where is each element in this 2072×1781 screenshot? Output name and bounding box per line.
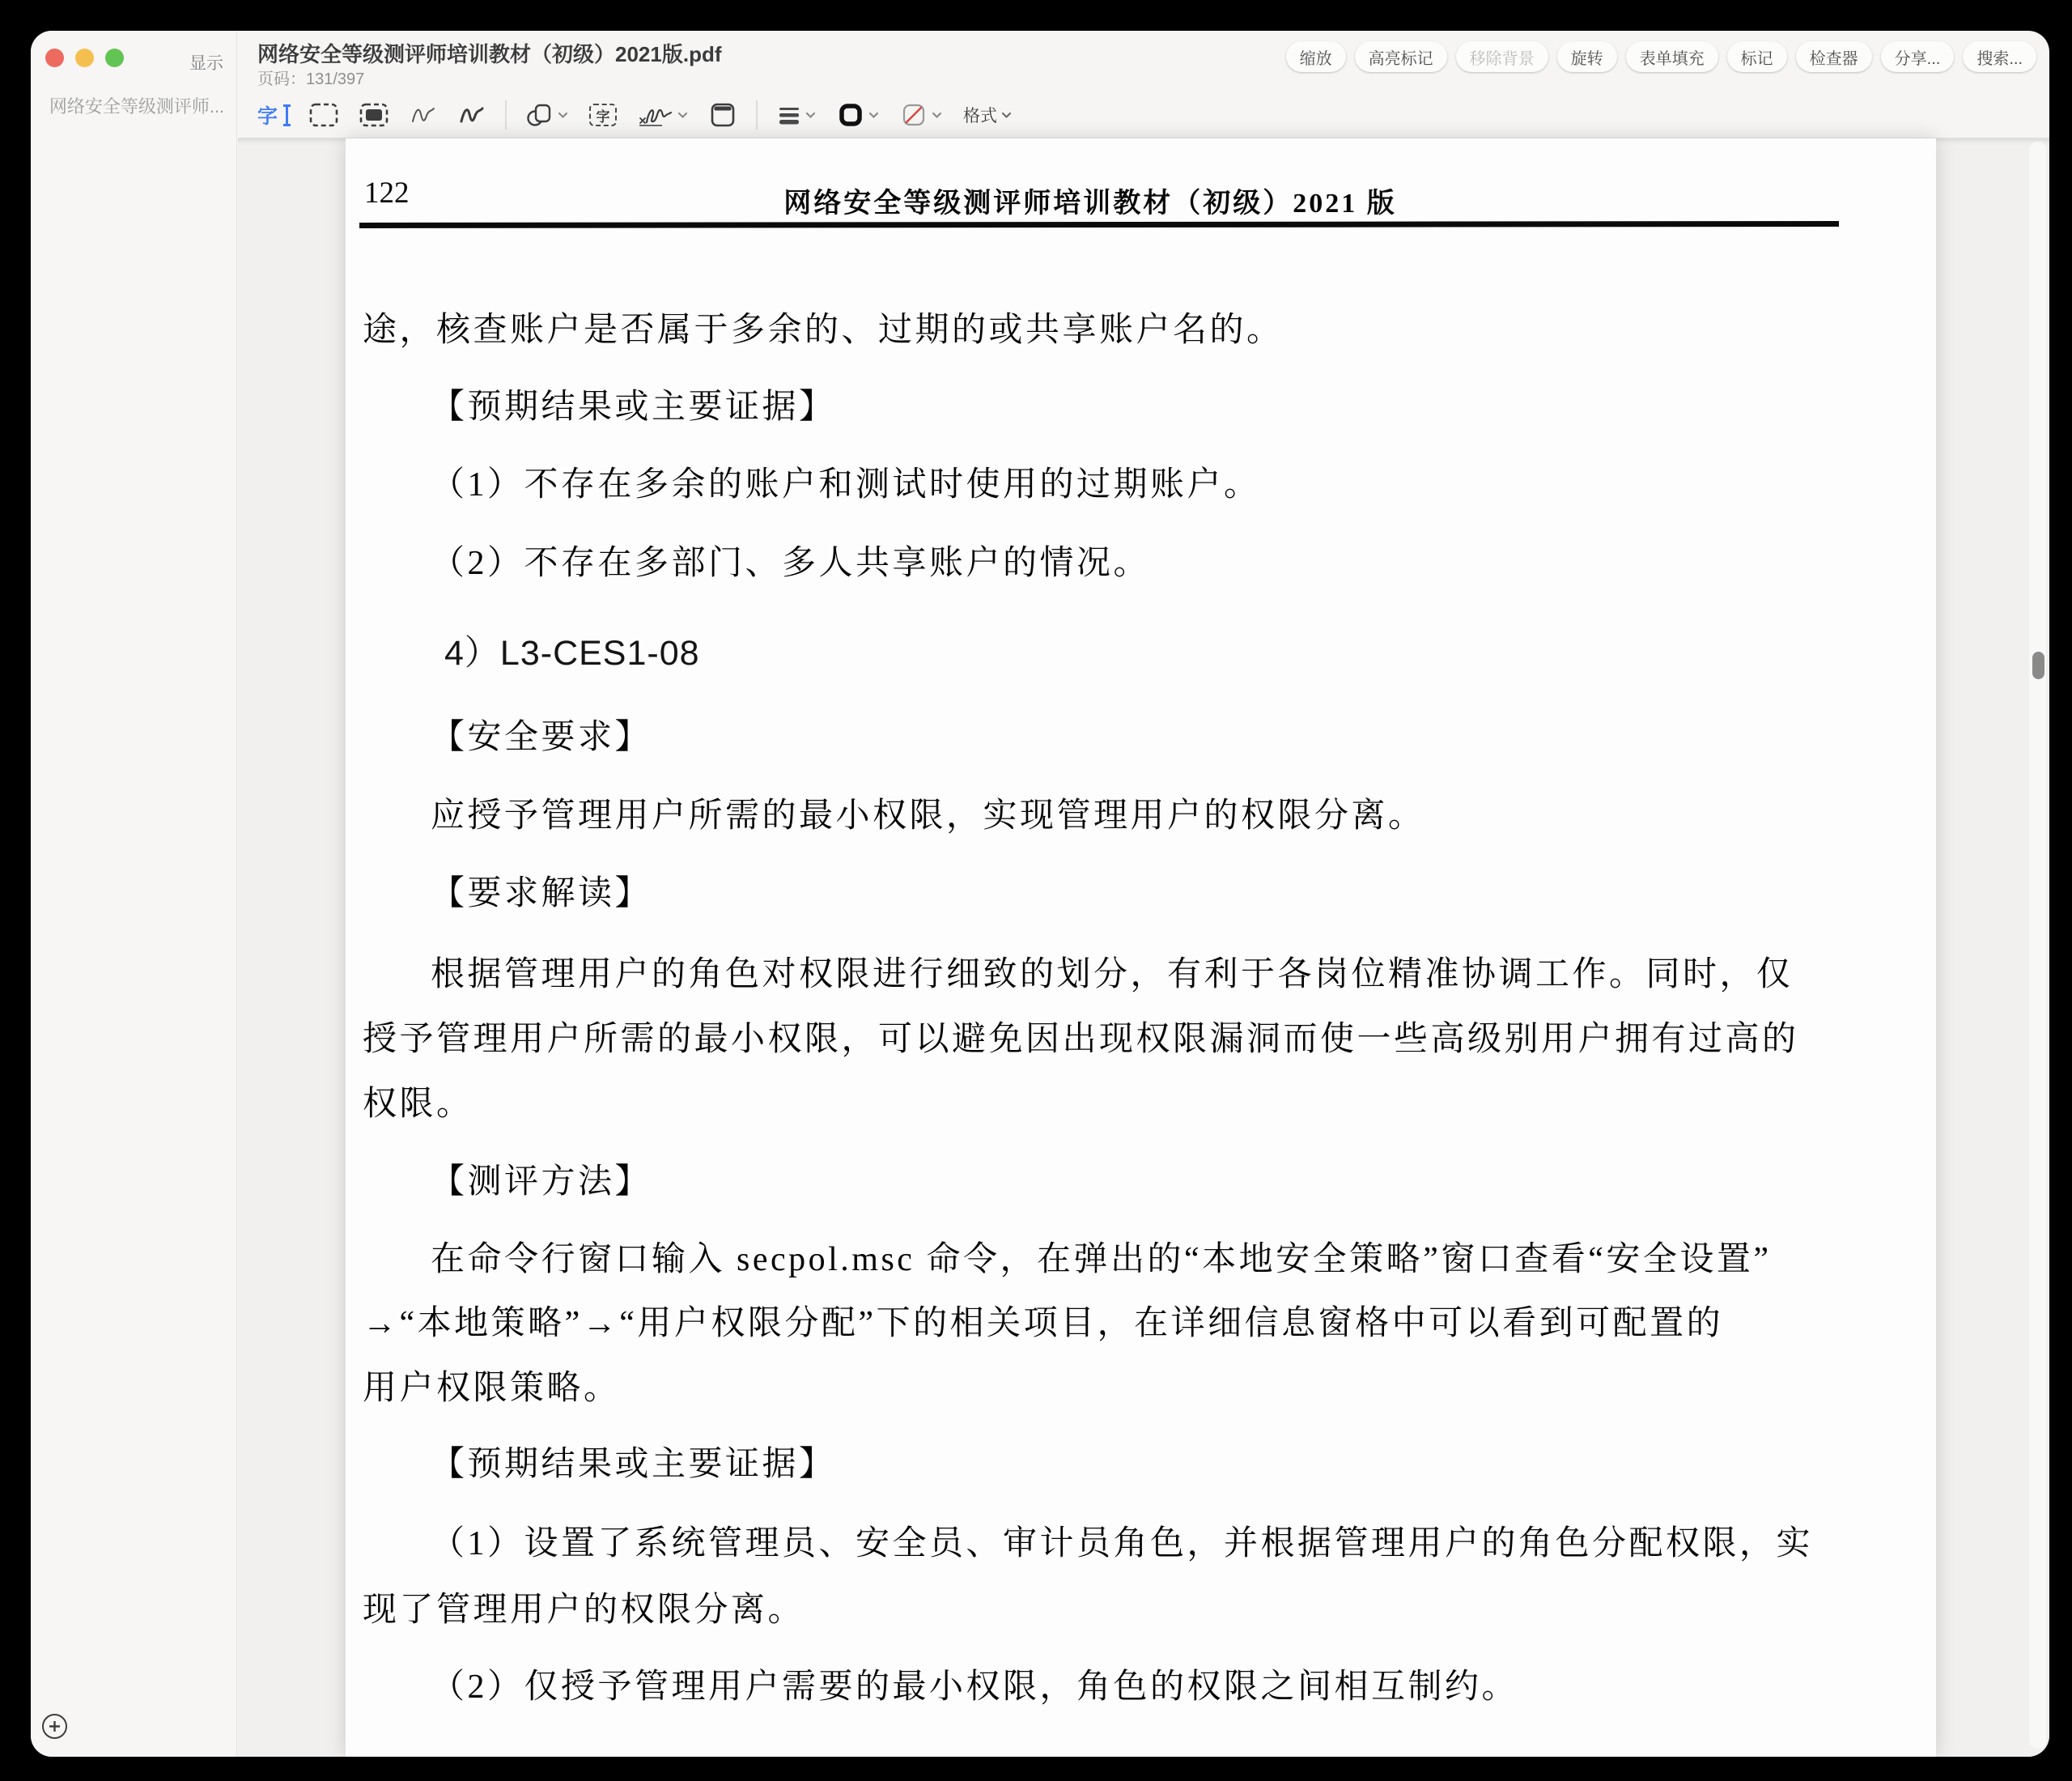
document-viewport[interactable]: 122 网络安全等级测评师培训教材（初级）2021 版 途，核查账户是否属于多余… [238, 138, 2049, 1757]
main-area: 网络安全等级测评师培训教材（初级）2021版.pdf 页码：131/397 缩放… [238, 31, 2049, 1757]
toolbar-divider [756, 100, 758, 130]
markup-toolbar: 字 [238, 92, 2049, 138]
text-line: 根据管理用户的角色对权限进行细致的划分，有利于各岗位精准协调工作。同时，仅 [431, 952, 1912, 997]
line-thickness-icon [777, 102, 801, 128]
text-box-icon: 字 [589, 104, 617, 126]
window-controls [45, 49, 124, 67]
text-line: 在命令行窗口输入 secpol.msc 命令，在弹出的“本地安全策略”窗口查看“… [431, 1237, 1912, 1282]
text-line: （1）设置了系统管理员、安全员、审计员角色，并根据管理用户的角色分配权限，实 [431, 1521, 1912, 1566]
note-icon [709, 101, 737, 129]
rotate-button[interactable]: 旋转 [1557, 41, 1617, 72]
document-title: 网络安全等级测评师培训教材（初级）2021版.pdf [257, 38, 722, 68]
rectangular-selection-tool[interactable] [308, 99, 340, 131]
shape-style-tool[interactable] [775, 99, 817, 131]
text-line: 【预期结果或主要证据】 [431, 1442, 1912, 1487]
pdf-page: 122 网络安全等级测评师培训教材（初级）2021 版 途，核查账户是否属于多余… [346, 138, 1936, 1757]
header-rule [359, 221, 1839, 228]
plus-icon [48, 1719, 62, 1733]
sidebar-item-document[interactable]: 网络安全等级测评师... [45, 93, 228, 118]
remove-background-button: 移除背景 [1456, 41, 1548, 72]
text-line: 途，核查账户是否属于多余的、过期的或共享账户名的。 [363, 308, 1844, 353]
sketch-tool[interactable] [408, 99, 439, 131]
sign-tool[interactable] [636, 99, 690, 131]
text-line: （2）仅授予管理用户需要的最小权限，角色的权限之间相互制约。 [431, 1664, 1912, 1710]
note-tool[interactable] [707, 99, 738, 131]
text-cursor-icon [286, 104, 288, 126]
clause-heading: 4）L3-CES1-08 [444, 631, 1926, 676]
text-line: 权限。 [363, 1082, 1844, 1127]
format-menu-button[interactable]: 格式 [962, 99, 1013, 131]
draw-tool[interactable] [456, 99, 487, 131]
close-window-button[interactable] [45, 49, 64, 67]
sidebar: 显示 网络安全等级测评师... [31, 31, 237, 1757]
search-button[interactable]: 搜索... [1963, 41, 2036, 72]
shapes-tool[interactable] [524, 99, 570, 131]
text-line: 【安全要求】 [431, 715, 1912, 760]
text-line: 【预期结果或主要证据】 [431, 385, 1912, 430]
chevron-down-icon [868, 112, 879, 119]
add-document-button[interactable] [42, 1714, 67, 1739]
text-line: 授予管理用户所需的最小权限，可以避免因出现权限漏洞而使一些高级别用户拥有过高的 [363, 1017, 1844, 1062]
markup-button[interactable]: 标记 [1727, 41, 1787, 72]
page-folio-number: 122 [364, 176, 410, 210]
scrollbar-thumb[interactable] [2032, 652, 2044, 679]
text-line: 现了管理用户的权限分离。 [363, 1588, 1844, 1633]
format-label: 格式 [963, 103, 997, 127]
zoom-button[interactable]: 缩放 [1286, 41, 1346, 72]
inspector-button[interactable]: 检查器 [1796, 41, 1872, 72]
minimize-window-button[interactable] [75, 49, 94, 67]
titlebar: 网络安全等级测评师培训教材（初级）2021版.pdf 页码：131/397 缩放… [238, 31, 2049, 92]
chevron-down-icon [932, 112, 942, 119]
text-line: 【要求解读】 [431, 871, 1912, 916]
dashed-rect-icon [309, 103, 338, 127]
zoom-window-button[interactable] [105, 49, 124, 67]
sidebar-show-button[interactable]: 显示 [189, 50, 223, 74]
redact-selection-tool[interactable] [358, 99, 390, 131]
shapes-icon [526, 101, 554, 129]
highlight-button[interactable]: 高亮标记 [1355, 41, 1447, 72]
text-line: （1）不存在多余的账户和测试时使用的过期账户。 [431, 462, 1912, 508]
chevron-down-icon [558, 112, 568, 119]
page-indicator: 页码：131/397 [257, 66, 364, 89]
share-button[interactable]: 分享... [1881, 41, 1955, 72]
signature-icon [638, 101, 673, 129]
border-color-tool[interactable] [835, 99, 881, 131]
chevron-down-icon [677, 112, 688, 119]
no-fill-icon [900, 101, 928, 129]
toolbar-divider [505, 100, 507, 130]
pdf-viewer-window: 显示 网络安全等级测评师... 网络安全等级测评师培训教材（初级）2021版.p… [31, 31, 2049, 1757]
chevron-down-icon [1001, 112, 1012, 119]
text-line: （2）不存在多部门、多人共享账户的情况。 [431, 541, 1912, 586]
running-header-title: 网络安全等级测评师培训教材（初级）2021 版 [540, 181, 1641, 220]
text-box-tool[interactable]: 字 [588, 99, 618, 131]
text-line: →“本地策略”→“用户权限分配”下的相关项目，在详细信息窗格中可以看到可配置的 [363, 1301, 1844, 1346]
fill-color-tool[interactable] [898, 99, 944, 131]
text-selection-icon: 字 [257, 100, 278, 130]
scrollbar-track[interactable] [2029, 142, 2046, 1749]
text-line: 【测评方法】 [431, 1159, 1912, 1205]
text-selection-tool[interactable]: 字 [256, 99, 290, 131]
chevron-down-icon [805, 112, 816, 119]
filled-dashed-rect-icon [359, 103, 388, 127]
draw-squiggle-icon [458, 102, 486, 128]
form-fill-button[interactable]: 表单填充 [1626, 41, 1718, 72]
border-color-icon [837, 101, 864, 129]
text-line: 应授予管理用户所需的最小权限，实现管理用户的权限分离。 [431, 793, 1912, 839]
titlebar-actions: 缩放 高亮标记 移除背景 旋转 表单填充 标记 检查器 分享... 搜索... [1286, 41, 2036, 72]
sketch-squiggle-icon [410, 102, 437, 128]
text-line: 用户权限策略。 [363, 1366, 1844, 1411]
